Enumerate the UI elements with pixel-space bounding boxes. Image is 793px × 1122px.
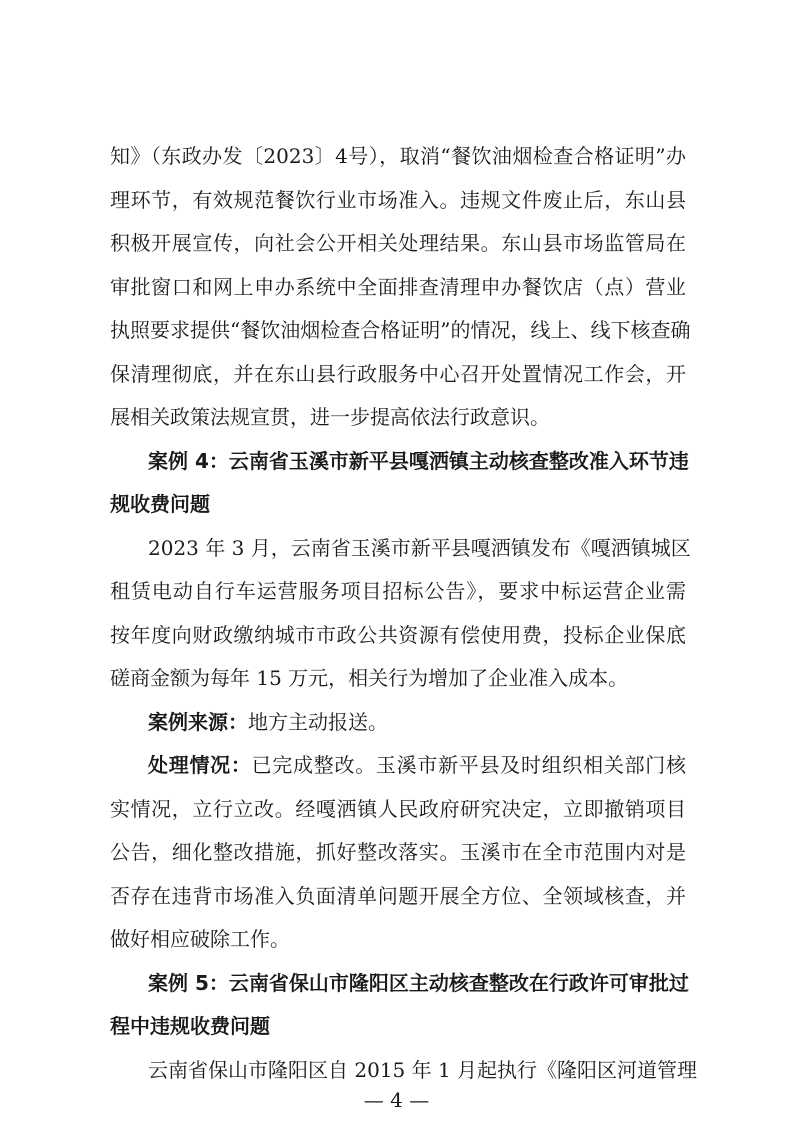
case5-heading: 案例 5：云南省保山市隆阳区主动核查整改在行政许可审批过	[110, 968, 686, 998]
case4-heading: 案例 4：云南省玉溪市新平县嘎洒镇主动核查整改准入环节违	[110, 446, 686, 476]
handling-label: 处理情况：	[148, 753, 252, 777]
case4-source: 案例来源：地方主动报送。	[110, 707, 686, 737]
paragraph-line: 否存在违背市场准入负面清单问题开展全方位、全领域核查，并	[110, 881, 686, 911]
paragraph-line: 按年度向财政缴纳城市市政公共资源有偿使用费，投标企业保底	[110, 620, 686, 650]
page-number: — 4 —	[0, 1085, 793, 1115]
paragraph-line: 实情况，立行立改。经嘎洒镇人民政府研究决定，立即撤销项目	[110, 794, 686, 824]
paragraph-line: 保清理彻底，并在东山县行政服务中心召开处置情况工作会，开	[110, 359, 686, 389]
paragraph-line: 2023 年 3 月，云南省玉溪市新平县嘎洒镇发布《嘎洒镇城区	[110, 533, 686, 563]
case4-heading: 规收费问题	[110, 489, 686, 519]
paragraph-line: 磋商金额为每年 15 万元，相关行为增加了企业准入成本。	[110, 663, 686, 693]
source-text: 地方主动报送。	[248, 710, 388, 734]
paragraph-line: 知》（东政办发〔2023〕4号），取消“餐饮油烟检查合格证明”办	[110, 141, 686, 171]
case5-heading: 程中违规收费问题	[110, 1011, 686, 1041]
paragraph-line: 执照要求提供“餐饮油烟检查合格证明”的情况，线上、线下核查确	[110, 315, 686, 345]
paragraph-line: 做好相应破除工作。	[110, 924, 686, 954]
case4-handling: 处理情况：已完成整改。玉溪市新平县及时组织相关部门核	[110, 750, 686, 780]
paragraph-line: 云南省保山市隆阳区自 2015 年 1 月起执行《隆阳区河道管理	[110, 1055, 686, 1085]
source-label: 案例来源：	[148, 710, 248, 734]
paragraph-line: 公告，细化整改措施，抓好整改落实。玉溪市在全市范围内对是	[110, 837, 686, 867]
paragraph-line: 积极开展宣传，向社会公开相关处理结果。东山县市场监管局在	[110, 228, 686, 258]
paragraph-line: 理环节，有效规范餐饮行业市场准入。违规文件废止后，东山县	[110, 185, 686, 215]
paragraph-line: 展相关政策法规宣贯，进一步提高依法行政意识。	[110, 402, 686, 432]
paragraph-line: 审批窗口和网上申办系统中全面排查清理申办餐饮店（点）营业	[110, 272, 686, 302]
paragraph-line: 租赁电动自行车运营服务项目招标公告》，要求中标运营企业需	[110, 576, 686, 606]
handling-text: 已完成整改。玉溪市新平县及时组织相关部门核	[252, 753, 686, 777]
